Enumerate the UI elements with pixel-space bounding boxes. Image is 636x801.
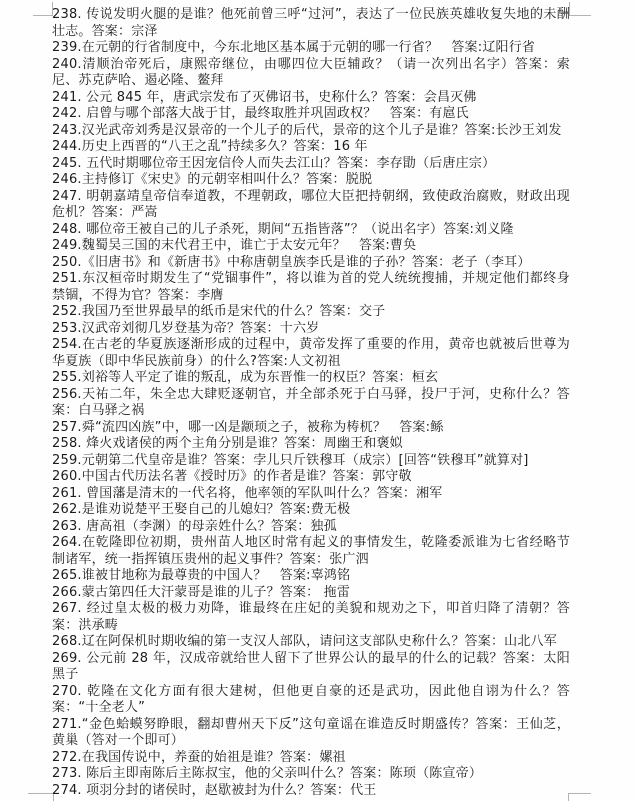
qa-text: 经过皇太极的极力劝降，谁最终在庄妃的美貌和规劝之下，叩首归降了清朝？答案：洪承畴 [52,601,570,633]
qa-text: 在古老的华夏族逐渐形成的过程中，黄帝发挥了重要的作用，黄帝也就被后世尊为华夏族（… [52,337,570,369]
qa-text: 我国乃至世界最早的纸币是宋代的什么？答案：交子 [82,304,386,319]
qa-item: 257.舜“流四凶族”中，哪一凶是颛顼之子，被称为梼杌？ 答案:鲧 [52,420,570,437]
qa-item: 274. 项羽分封的诸侯时，赵歇被封为什么？答案：代王 [52,783,570,800]
qa-number: 274. [52,783,86,798]
qa-item: 246.主持修订《宋史》的元朝宰相叫什么？答案：脱脱 [52,172,570,189]
qa-number: 263. [52,519,86,534]
qa-item: 251.东汉桓帝时期发生了“党锢事件”，将以谁为首的党人统统搜捕，并规定他们都终… [52,271,570,304]
qa-item: 272.在我国传说中，养蚕的始祖是谁？答案：嫘祖 [52,750,570,767]
qa-item: 254.在古老的华夏族逐渐形成的过程中，黄帝发挥了重要的作用，黄帝也就被后世尊为… [52,337,570,370]
text-boundary-mark-top-right [569,2,591,16]
qa-text: 项羽分封的诸侯时，赵歇被封为什么？答案：代王 [86,783,376,798]
qa-text: 舜“流四凶族”中，哪一凶是颛顼之子，被称为梼杌？ 答案:鲧 [82,420,444,435]
qa-text: 《旧唐书》和《新唐书》中称唐朝皇族李氏是谁的子孙？答案：老子（李耳） [82,255,531,270]
qa-text: 明朝嘉靖皇帝信奉道教，不理朝政，哪位大臣把持朝纲，致使政治腐败，财政出现危机？答… [52,189,570,221]
qa-item: 247. 明朝嘉靖皇帝信奉道教，不理朝政，哪位大臣把持朝纲，致使政治腐败，财政出… [52,189,570,222]
qa-text: 汉武帝刘彻几岁登基为帝？答案：十六岁 [82,321,320,336]
qa-number: 257. [52,420,82,435]
text-boundary-mark-bottom-right [568,793,591,801]
qa-item: 269. 公元前 28 年，汉成帝就给世人留下了世界公认的最早的什么的记载？答案… [52,651,570,684]
qa-text: 天祐二年，朱全忠大肆贬逐朝官，并全部杀死于白马驿，投尸于河，史称什么？答案：白马… [52,387,570,419]
qa-number: 239. [52,40,82,55]
qa-item: 243.汉光武帝刘秀是汉景帝的一个儿子的后代，景帝的这个儿子是谁？答案:长沙王刘… [52,123,570,140]
qa-text: 陈后主即南陈后主陈叔宝，他的父亲叫什么？答案：陈顼（陈宣帝） [86,766,482,781]
qa-text: 是谁劝说楚平王娶自己的儿媳妇？答案:费无极 [82,502,351,517]
qa-number: 262. [52,502,82,517]
text-boundary-mark-bottom-left [28,793,54,801]
qa-text: 辽在阿保机时期收编的第一支汉人部队，请问这支部队史称什么？答案：山北八军 [82,634,557,649]
qa-text: 蒙古第四任大汗蒙哥是谁的儿子？答案： 拖雷 [82,585,350,600]
qa-item: 262.是谁劝说楚平王娶自己的儿媳妇？答案:费无极 [52,502,570,519]
qa-text: 五代时期哪位帝王因宠信伶人而失去江山？答案：李存勖（后唐庄宗） [86,156,495,171]
text-boundary-mark-top-left [33,2,53,16]
qa-text: 刘裕等人平定了谁的叛乱，成为东晋惟一的权臣？答案：桓玄 [82,370,438,385]
qa-item: 264.在乾隆即位初期，贵州苗人地区时常有起义的事情发生，乾隆委派谁为七省经略节… [52,535,570,568]
qa-item: 270. 乾隆在文化方面有很大建树，但他更自豪的还是武功，因此他自诩为什么？答案… [52,684,570,717]
qa-item: 255.刘裕等人平定了谁的叛乱，成为东晋惟一的权臣？答案：桓玄 [52,370,570,387]
qa-number: 252. [52,304,82,319]
qa-text: 魏蜀吴三国的末代君王中，谁亡于太安元年？ 答案:曹奂 [82,238,417,253]
qa-list: 238. 传说发明火腿的是谁？他死前曾三呼“过河”，表达了一位民族英雄收复失地的… [52,7,570,799]
qa-number: 241. [52,90,86,105]
qa-item: 250.《旧唐书》和《新唐书》中称唐朝皇族李氏是谁的子孙？答案：老子（李耳） [52,255,570,272]
qa-text: 清顺治帝死后，康熙帝继位，由哪四位大臣辅政？（请一次列出名字）答案：索尼、苏克萨… [52,57,570,89]
qa-number: 259. [52,453,82,468]
qa-item: 240.清顺治帝死后，康熙帝继位，由哪四位大臣辅政？（请一次列出名字）答案：索尼… [52,57,570,90]
qa-number: 261. [52,486,86,501]
qa-number: 248. [52,222,86,237]
qa-number: 238. [52,7,86,22]
qa-text: 在我国传说中，养蚕的始祖是谁？答案：嫘祖 [82,750,346,765]
qa-item: 253.汉武帝刘彻几岁登基为帝？答案：十六岁 [52,321,570,338]
qa-text: 中国古代历法名著《授时历》的作者是谁？答案：郭守敬 [82,469,412,484]
qa-number: 250. [52,255,82,270]
qa-number: 269. [52,651,86,666]
qa-item: 267. 经过皇太极的极力劝降，谁最终在庄妃的美貌和规劝之下，叩首归降了清朝？答… [52,601,570,634]
qa-number: 247. [52,189,86,204]
qa-item: 238. 传说发明火腿的是谁？他死前曾三呼“过河”，表达了一位民族英雄收复失地的… [52,7,570,40]
qa-text: 烽火戏诸侯的两个主角分别是谁？答案：周幽王和褒姒 [86,436,403,451]
qa-text: 公元前 28 年，汉成帝就给世人留下了世界公认的最早的什么的记载？答案：太阳黑子 [52,651,570,683]
qa-number: 267. [52,601,87,616]
qa-number: 244. [52,139,82,154]
qa-text: 启曾与哪个部落大战于甘，最终取胜并巩固政权？ 答案：有扈氏 [86,106,469,121]
qa-number: 271. [52,717,82,732]
qa-item: 260.中国古代历法名著《授时历》的作者是谁？答案：郭守敬 [52,469,570,486]
qa-item: 263. 唐高祖（李渊）的母亲姓什么？答案：独孤 [52,519,570,536]
qa-text: “金色蛤蟆努睁眼，翻却曹州天下反”这句童谣在谁造反时期盛传？答案：王仙芝，黄巢（… [52,717,570,749]
qa-item: 258. 烽火戏诸侯的两个主角分别是谁？答案：周幽王和褒姒 [52,436,570,453]
qa-number: 256. [52,387,82,402]
qa-number: 246. [52,172,82,187]
qa-text: 哪位帝王被自己的儿子杀死，期间“五指皆落”？（说出名字）答案:刘义隆 [86,222,514,237]
qa-item: 248. 哪位帝王被自己的儿子杀死，期间“五指皆落”？（说出名字）答案:刘义隆 [52,222,570,239]
qa-number: 249. [52,238,82,253]
qa-text: 唐高祖（李渊）的母亲姓什么？答案：独孤 [86,519,337,534]
qa-item: 239.在元朝的行省制度中，今东北地区基本属于元朝的哪一行省？ 答案:辽阳行省 [52,40,570,57]
qa-text: 主持修订《宋史》的元朝宰相叫什么？答案：脱脱 [82,172,372,187]
qa-item: 265.谁被甘地称为最尊贵的中国人？ 答案:辜鸿铭 [52,568,570,585]
qa-number: 242. [52,106,86,121]
qa-item: 261. 曾国藩是清末的一代名将，他率领的军队叫什么？答案：湘军 [52,486,570,503]
qa-item: 266.蒙古第四任大汗蒙哥是谁的儿子？答案： 拖雷 [52,585,570,602]
qa-number: 254. [52,337,82,352]
qa-item: 273. 陈后主即南陈后主陈叔宝，他的父亲叫什么？答案：陈顼（陈宣帝） [52,766,570,783]
qa-number: 255. [52,370,82,385]
qa-number: 273. [52,766,86,781]
qa-number: 270. [52,684,87,699]
qa-number: 268. [52,634,82,649]
qa-number: 253. [52,321,82,336]
qa-number: 264. [52,535,82,550]
qa-item: 259.元朝第二代皇帝是谁？答案：孛儿只斤铁穆耳（成宗）[回答“铁穆耳”就算对] [52,453,570,470]
qa-number: 240. [52,57,82,72]
qa-item: 242. 启曾与哪个部落大战于甘，最终取胜并巩固政权？ 答案：有扈氏 [52,106,570,123]
qa-number: 258. [52,436,86,451]
qa-item: 268.辽在阿保机时期收编的第一支汉人部队，请问这支部队史称什么？答案：山北八军 [52,634,570,651]
qa-text: 在元朝的行省制度中，今东北地区基本属于元朝的哪一行省？ 答案:辽阳行省 [82,40,535,55]
qa-text: 传说发明火腿的是谁？他死前曾三呼“过河”，表达了一位民族英雄收复失地的未酬壮志。… [52,7,570,39]
qa-item: 252.我国乃至世界最早的纸币是宋代的什么？答案：交子 [52,304,570,321]
qa-item: 256.天祐二年，朱全忠大肆贬逐朝官，并全部杀死于白马驿，投尸于河，史称什么？答… [52,387,570,420]
qa-item: 244.历史上西晋的“八王之乱”持续多久？答案：16 年 [52,139,570,156]
qa-text: 元朝第二代皇帝是谁？答案：孛儿只斤铁穆耳（成宗）[回答“铁穆耳”就算对] [82,453,529,468]
qa-item: 249.魏蜀吴三国的末代君王中，谁亡于太安元年？ 答案:曹奂 [52,238,570,255]
qa-text: 曾国藩是清末的一代名将，他率领的军队叫什么？答案：湘军 [86,486,442,501]
qa-text: 公元 845 年，唐武宗发布了灭佛诏书，史称什么？答案：会昌灭佛 [86,90,476,105]
qa-item: 271.“金色蛤蟆努睁眼，翻却曹州天下反”这句童谣在谁造反时期盛传？答案：王仙芝… [52,717,570,750]
qa-number: 266. [52,585,82,600]
qa-text: 汉光武帝刘秀是汉景帝的一个儿子的后代，景帝的这个儿子是谁？答案:长沙王刘发 [82,123,562,138]
qa-item: 245. 五代时期哪位帝王因宠信伶人而失去江山？答案：李存勖（后唐庄宗） [52,156,570,173]
qa-text: 谁被甘地称为最尊贵的中国人？ 答案:辜鸿铭 [82,568,351,583]
qa-number: 243. [52,123,82,138]
qa-text: 东汉桓帝时期发生了“党锢事件”，将以谁为首的党人统统搜捕，并规定他们都终身禁锢，… [52,271,570,303]
qa-text: 乾隆在文化方面有很大建树，但他更自豪的还是武功，因此他自诩为什么？答案：“十全老… [52,684,570,716]
qa-number: 265. [52,568,82,583]
qa-number: 251. [52,271,82,286]
qa-text: 在乾隆即位初期，贵州苗人地区时常有起义的事情发生，乾隆委派谁为七省经略节制诸军，… [52,535,570,567]
qa-number: 245. [52,156,86,171]
qa-item: 241. 公元 845 年，唐武宗发布了灭佛诏书，史称什么？答案：会昌灭佛 [52,90,570,107]
qa-text: 历史上西晋的“八王之乱”持续多久？答案：16 年 [82,139,368,154]
qa-number: 272. [52,750,82,765]
qa-number: 260. [52,469,82,484]
document-page: 238. 传说发明火腿的是谁？他死前曾三呼“过河”，表达了一位民族英雄收复失地的… [0,0,636,801]
